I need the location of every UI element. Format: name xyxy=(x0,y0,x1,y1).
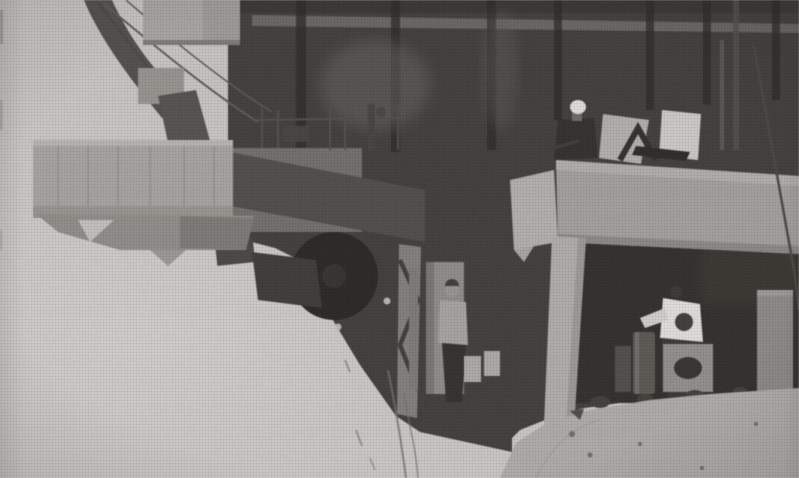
photo-canvas xyxy=(0,0,799,478)
film-grain xyxy=(0,0,799,478)
photograph xyxy=(0,0,799,478)
